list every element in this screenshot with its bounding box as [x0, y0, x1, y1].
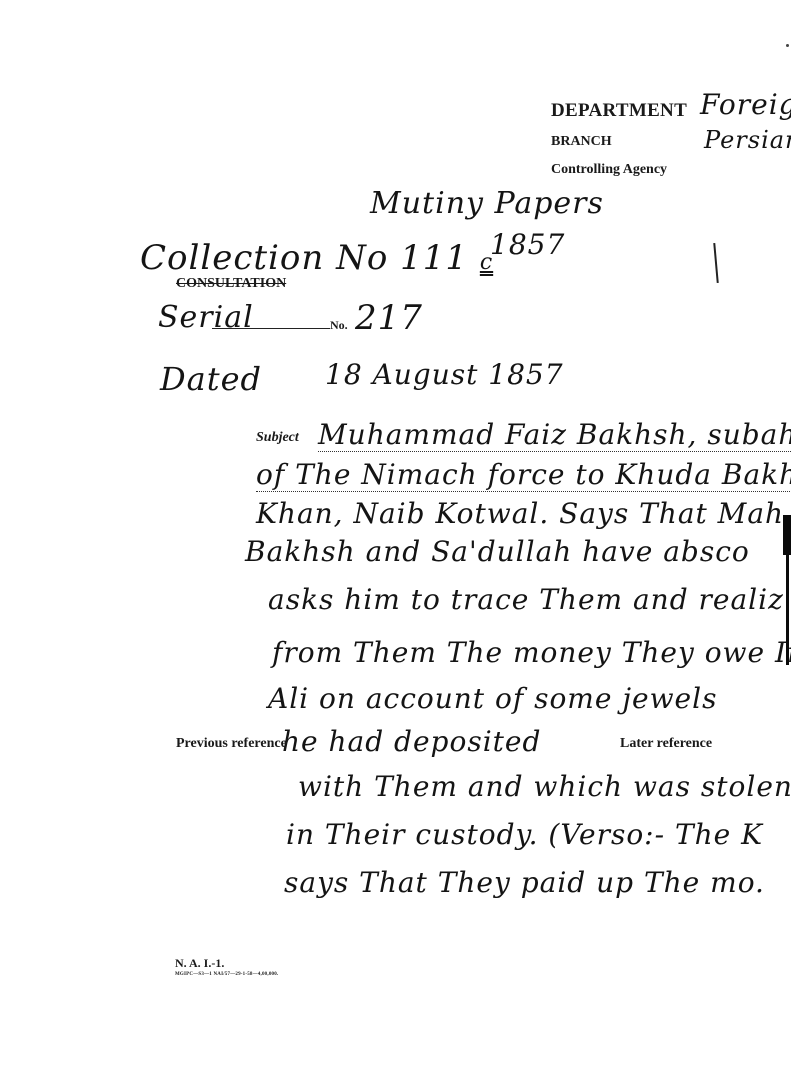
branch-value: Persian: [704, 126, 791, 154]
subject-line: Muhammad Faiz Bakhsh, subah: [318, 418, 791, 452]
controlling-agency-label: Controlling Agency: [551, 162, 667, 178]
subject-line: in Their custody. (Verso:- The K: [286, 818, 763, 851]
serial-label: Serial: [158, 300, 254, 335]
pen-mark: [713, 243, 718, 283]
subject-line: Ali on account of some jewels: [268, 682, 717, 715]
scan-edge-shadow: [783, 515, 791, 555]
department-label: DEPARTMENT: [551, 100, 687, 122]
subject-line: with Them and which was stolen wh: [298, 770, 791, 803]
collection-prefix: Collection No 111: [140, 238, 480, 278]
form-code: N. A. I.-1.: [175, 956, 224, 971]
subject-line: Khan, Naib Kotwal. Says That Mah: [256, 497, 784, 530]
consultation-label: CONSULTATION: [176, 276, 286, 292]
subject-line: from Them The money They owe Iman: [272, 636, 791, 669]
subject-line: Bakhsh and Sa'dullah have absco: [245, 535, 750, 568]
serial-number: 217: [355, 298, 423, 338]
dated-value: 18 August 1857: [325, 358, 564, 391]
scan-speck: [786, 44, 789, 47]
mutiny-papers-annotation: Mutiny Papers: [370, 186, 604, 221]
dated-label: Dated: [160, 360, 262, 398]
subject-label: Subject: [256, 430, 299, 446]
no-label: No.: [330, 318, 348, 333]
collection-number: Collection No 111 c: [140, 238, 493, 278]
serial-underline: [212, 328, 330, 329]
branch-label: BRANCH: [551, 134, 612, 150]
subject-line: of The Nimach force to Khuda Bakh: [256, 458, 791, 492]
later-reference-label: Later reference: [620, 736, 712, 752]
department-value: Foreign: [700, 88, 791, 121]
subject-line: says That They paid up The mo.: [284, 866, 765, 899]
previous-reference-label: Previous reference: [176, 736, 287, 752]
collection-suffix: c: [480, 250, 493, 275]
year-annotation: 1857: [490, 228, 565, 261]
subject-line: he had deposited: [282, 725, 541, 758]
print-line: MGIPC—S3—1 NAI/57—29-1-58—4,00,000.: [175, 972, 278, 977]
subject-line: asks him to trace Them and realiz: [268, 583, 784, 616]
scan-edge-line: [786, 555, 789, 665]
